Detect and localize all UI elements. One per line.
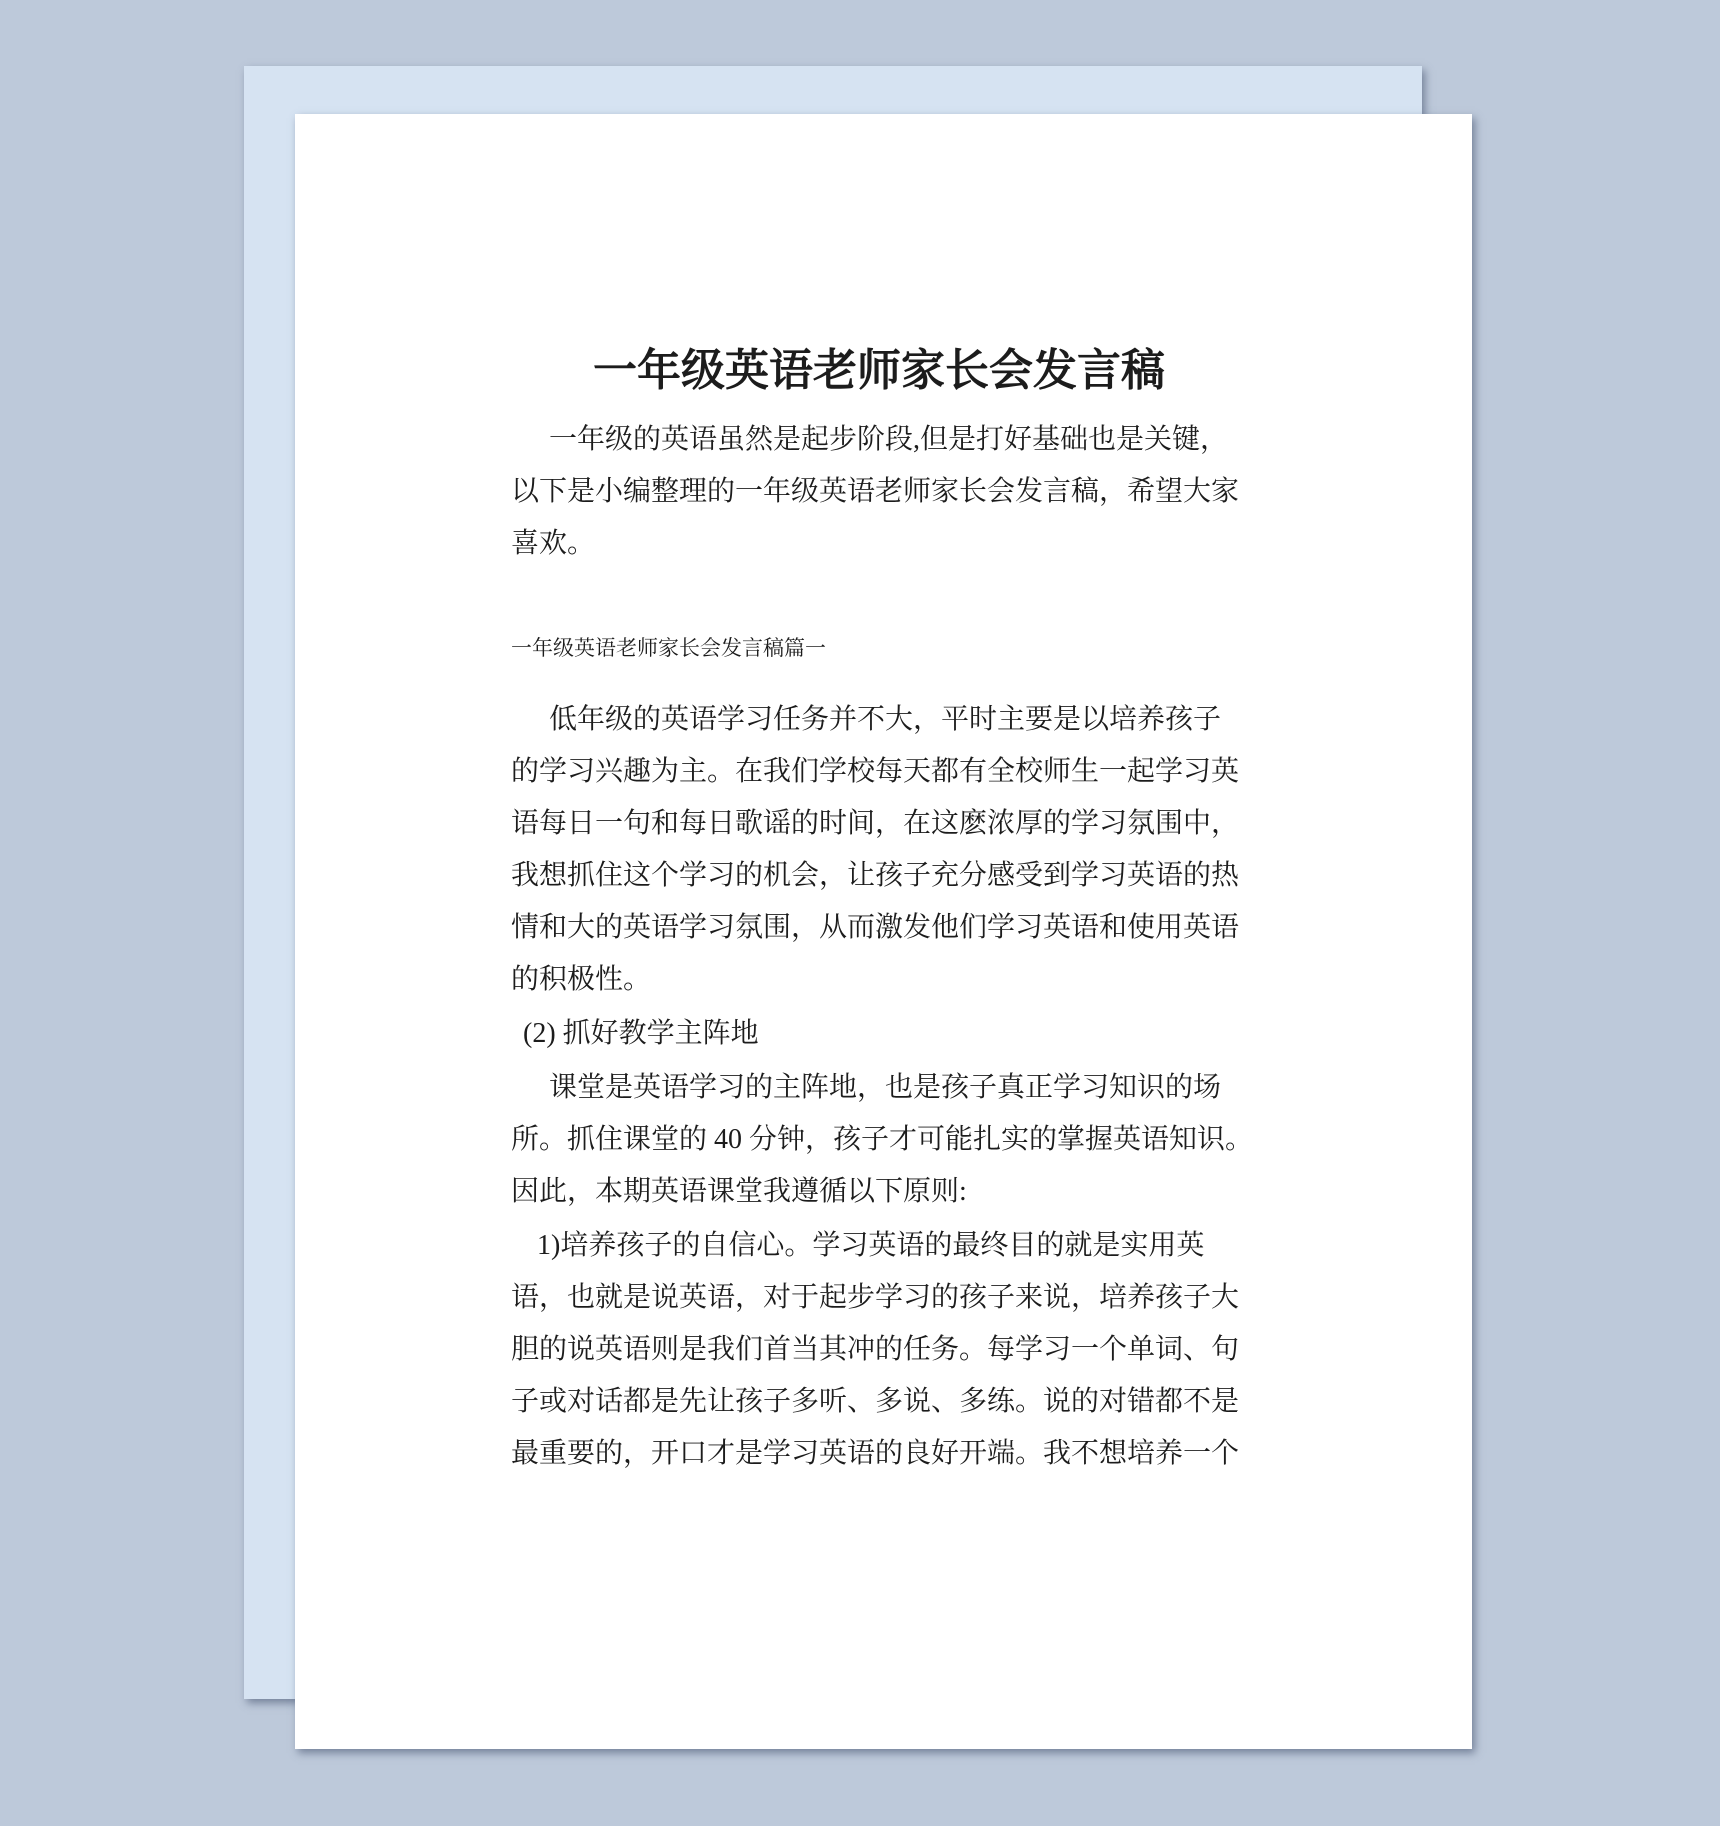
intro-paragraph-line: 一年级的英语虽然是起步阶段,但是打好基础也是关键， <box>511 414 1247 466</box>
section-heading: 一年级英语老师家长会发言稿篇一 <box>511 622 1247 674</box>
document-title-line: 一年级英语老师家长会发言稿 <box>511 348 1247 394</box>
section-heading-line: 一年级英语老师家长会发言稿篇一 <box>511 622 1247 674</box>
document-title: 一年级英语老师家长会发言稿 <box>511 348 1247 394</box>
intro-paragraph-line: 喜欢。 <box>511 518 1247 570</box>
body-paragraph-4: 1)培养孩子的自信心。学习英语的最终目的就是实用英语，也就是说英语，对于起步学习… <box>511 1220 1247 1480</box>
body-paragraph-1-line: 低年级的英语学习任务并不大，平时主要是以培养孩子 <box>511 694 1247 746</box>
document-page: 一年级英语老师家长会发言稿一年级的英语虽然是起步阶段,但是打好基础也是关键，以下… <box>295 114 1472 1749</box>
body-paragraph-4-line: 语，也就是说英语，对于起步学习的孩子来说，培养孩子大 <box>511 1272 1247 1324</box>
body-paragraph-4-line: 1)培养孩子的自信心。学习英语的最终目的就是实用英 <box>511 1220 1247 1272</box>
body-paragraph-3-line: 课堂是英语学习的主阵地，也是孩子真正学习知识的场 <box>511 1062 1247 1114</box>
intro-paragraph: 一年级的英语虽然是起步阶段,但是打好基础也是关键，以下是小编整理的一年级英语老师… <box>511 414 1247 570</box>
body-paragraph-1-line: 语每日一句和每日歌谣的时间，在这麽浓厚的学习氛围中， <box>511 798 1247 850</box>
body-paragraph-1-line: 我想抓住这个学习的机会，让孩子充分感受到学习英语的热 <box>511 850 1247 902</box>
body-paragraph-4-line: 胆的说英语则是我们首当其冲的任务。每学习一个单词、句 <box>511 1324 1247 1376</box>
body-paragraph-1-line: 的积极性。 <box>511 954 1247 1006</box>
body-paragraph-1: 低年级的英语学习任务并不大，平时主要是以培养孩子的学习兴趣为主。在我们学校每天都… <box>511 694 1247 1006</box>
body-paragraph-3-line: 所。抓住课堂的 40 分钟，孩子才可能扎实的掌握英语知识。 <box>511 1114 1247 1166</box>
body-paragraph-3: 课堂是英语学习的主阵地，也是孩子真正学习知识的场所。抓住课堂的 40 分钟，孩子… <box>511 1062 1247 1218</box>
intro-paragraph-line: 以下是小编整理的一年级英语老师家长会发言稿，希望大家 <box>511 466 1247 518</box>
body-paragraph-4-line: 最重要的，开口才是学习英语的良好开端。我不想培养一个 <box>511 1428 1247 1480</box>
body-paragraph-3-line: 因此，本期英语课堂我遵循以下原则: <box>511 1166 1247 1218</box>
body-paragraph-1-line: 的学习兴趣为主。在我们学校每天都有全校师生一起学习英 <box>511 746 1247 798</box>
body-paragraph-2: (2) 抓好教学主阵地 <box>511 1008 1247 1060</box>
body-paragraph-1-line: 情和大的英语学习氛围，从而激发他们学习英语和使用英语 <box>511 902 1247 954</box>
body-paragraph-2-line: (2) 抓好教学主阵地 <box>511 1008 1247 1060</box>
document-content: 一年级英语老师家长会发言稿一年级的英语虽然是起步阶段,但是打好基础也是关键，以下… <box>511 348 1247 1480</box>
body-paragraph-4-line: 子或对话都是先让孩子多听、多说、多练。说的对错都不是 <box>511 1376 1247 1428</box>
